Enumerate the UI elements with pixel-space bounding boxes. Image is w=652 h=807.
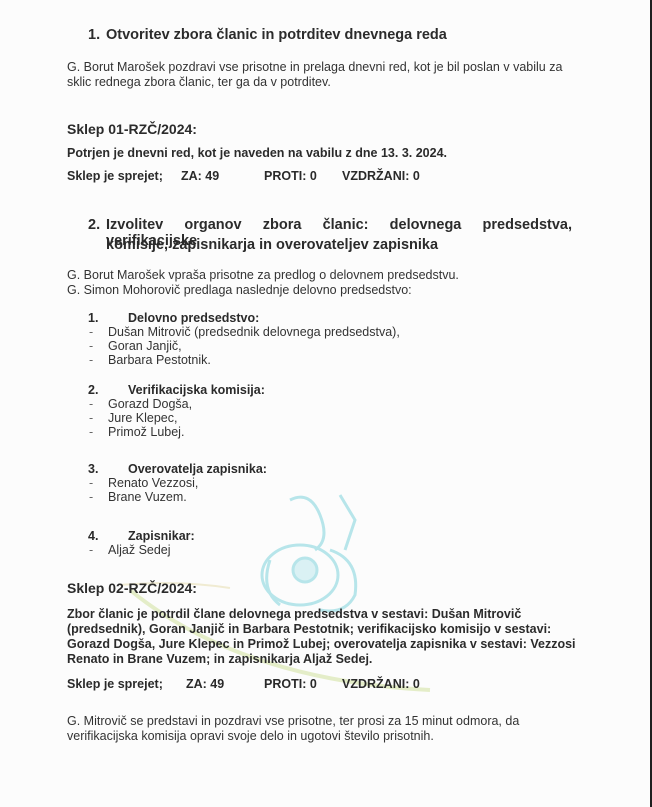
sklep-2-title: Sklep 02-RZČ/2024: bbox=[67, 580, 197, 596]
list-3-heading: Overovatelja zapisnika: bbox=[128, 462, 267, 476]
vote-za: ZA: 49 bbox=[186, 677, 224, 691]
section-1-paragraph-line-2: sklic rednega zbora članic, ter ga da v … bbox=[67, 75, 331, 90]
vote-vzdrzani: VZDRŽANI: 0 bbox=[342, 169, 420, 183]
sklep-1-text: Potrjen je dnevni red, kot je naveden na… bbox=[67, 146, 447, 160]
list-1-heading: Delovno predsedstvo: bbox=[128, 311, 259, 325]
list-dash: - bbox=[89, 543, 93, 557]
section-2-paragraph-line-2: G. Simon Mohorovič predlaga naslednje de… bbox=[67, 283, 412, 298]
vote-label: Sklep je sprejet; bbox=[67, 169, 163, 183]
sklep-1-title: Sklep 01-RZČ/2024: bbox=[67, 121, 197, 137]
list-1-number: 1. bbox=[88, 311, 98, 325]
list-3-item-1: Renato Vezzosi, bbox=[108, 476, 198, 490]
list-dash: - bbox=[89, 411, 93, 425]
sklep-2-text-line-4: Renato in Brane Vuzem; in zapisnikarja A… bbox=[67, 652, 372, 666]
section-1-number: 1. bbox=[88, 27, 100, 43]
vote-za: ZA: 49 bbox=[181, 169, 219, 183]
list-3-number: 3. bbox=[88, 462, 98, 476]
list-1-item-1: Dušan Mitrovič (predsednik delovnega pre… bbox=[108, 325, 400, 339]
section-1-paragraph-line-1: G. Borut Marošek pozdravi vse prisotne i… bbox=[67, 60, 562, 75]
list-4-item-1: Aljaž Sedej bbox=[108, 543, 171, 557]
vote-label: Sklep je sprejet; bbox=[67, 677, 163, 691]
closing-line-2: verifikacijska komisija opravi svoje del… bbox=[67, 729, 434, 744]
sklep-2-text-line-2: (predsednik), Goran Janjič in Barbara Pe… bbox=[67, 622, 551, 636]
list-dash: - bbox=[89, 353, 93, 367]
section-2-paragraph-line-1: G. Borut Marošek vpraša prisotne za pred… bbox=[67, 268, 459, 283]
list-2-heading: Verifikacijska komisija: bbox=[128, 383, 265, 397]
list-2-item-2: Jure Klepec, bbox=[108, 411, 177, 425]
vote-proti: PROTI: 0 bbox=[264, 169, 317, 183]
list-dash: - bbox=[89, 397, 93, 411]
judo-logo-watermark-icon bbox=[250, 490, 420, 620]
list-4-heading: Zapisnikar: bbox=[128, 529, 195, 543]
vote-proti: PROTI: 0 bbox=[264, 677, 317, 691]
section-2-number: 2. bbox=[88, 217, 100, 233]
list-dash: - bbox=[89, 425, 93, 439]
list-2-number: 2. bbox=[88, 383, 98, 397]
closing-line-1: G. Mitrovič se predstavi in pozdravi vse… bbox=[67, 714, 545, 729]
list-dash: - bbox=[89, 325, 93, 339]
list-4-number: 4. bbox=[88, 529, 98, 543]
vote-vzdrzani: VZDRŽANI: 0 bbox=[342, 677, 420, 691]
list-2-item-1: Gorazd Dogša, bbox=[108, 397, 192, 411]
document-page: 1. Otvoritev zbora članic in potrditev d… bbox=[0, 0, 650, 807]
list-dash: - bbox=[89, 339, 93, 353]
list-dash: - bbox=[89, 476, 93, 490]
list-dash: - bbox=[89, 490, 93, 504]
list-1-item-3: Barbara Pestotnik. bbox=[108, 353, 211, 367]
section-2-title-line-2: komisije, zapisnikarja in overovateljev … bbox=[106, 237, 438, 253]
list-3-item-2: Brane Vuzem. bbox=[108, 490, 187, 504]
sklep-2-text-line-3: Gorazd Dogša, Jure Klepec in Primož Lube… bbox=[67, 637, 576, 651]
sklep-2-text-line-1: Zbor članic je potrdil člane delovnega p… bbox=[67, 607, 521, 621]
list-2-item-3: Primož Lubej. bbox=[108, 425, 184, 439]
list-1-item-2: Goran Janjič, bbox=[108, 339, 182, 353]
section-1-title: Otvoritev zbora članic in potrditev dnev… bbox=[106, 27, 447, 43]
